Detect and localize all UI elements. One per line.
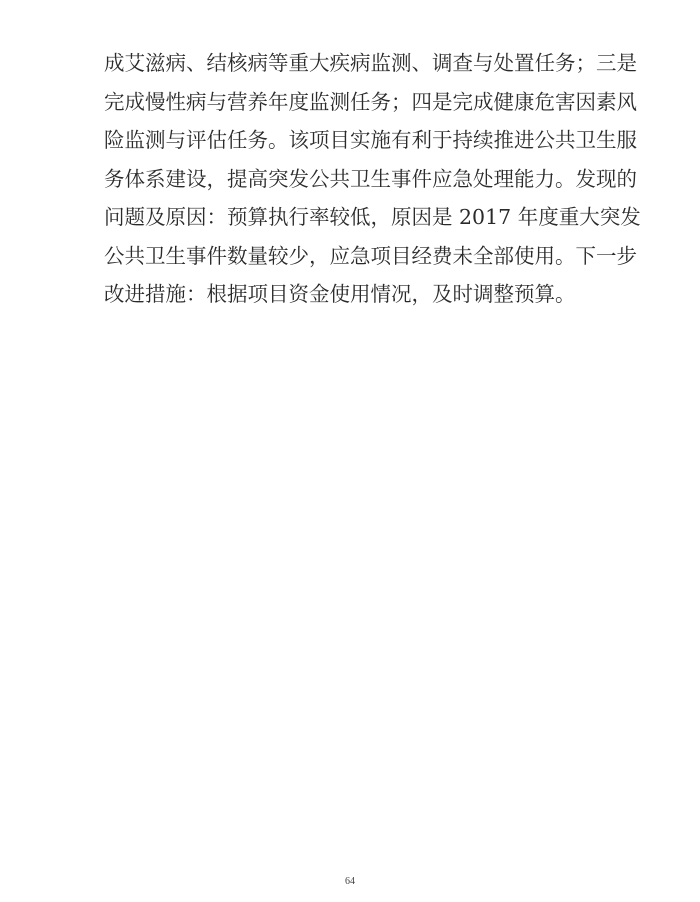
paragraph-line: 险监测与评估任务。该项目实施有利于持续推进公共卫生服 xyxy=(104,121,598,160)
paragraph-line: 改进措施：根据项目资金使用情况，及时调整预算。 xyxy=(104,275,598,314)
paragraph-line: 完成慢性病与营养年度监测任务；四是完成健康危害因素风 xyxy=(104,83,598,122)
document-page: 成艾滋病、结核病等重大疾病监测、调查与处置任务；三是 完成慢性病与营养年度监测任… xyxy=(0,0,700,902)
page-number: 64 xyxy=(0,876,700,887)
paragraph-line: 问题及原因：预算执行率较低，原因是 2017 年度重大突发 xyxy=(104,198,598,237)
paragraph-line: 务体系建设，提高突发公共卫生事件应急处理能力。发现的 xyxy=(104,160,598,199)
paragraph-line: 公共卫生事件数量较少，应急项目经费未全部使用。下一步 xyxy=(104,237,598,276)
body-paragraph: 成艾滋病、结核病等重大疾病监测、调查与处置任务；三是 完成慢性病与营养年度监测任… xyxy=(104,44,598,314)
paragraph-line: 成艾滋病、结核病等重大疾病监测、调查与处置任务；三是 xyxy=(104,44,598,83)
